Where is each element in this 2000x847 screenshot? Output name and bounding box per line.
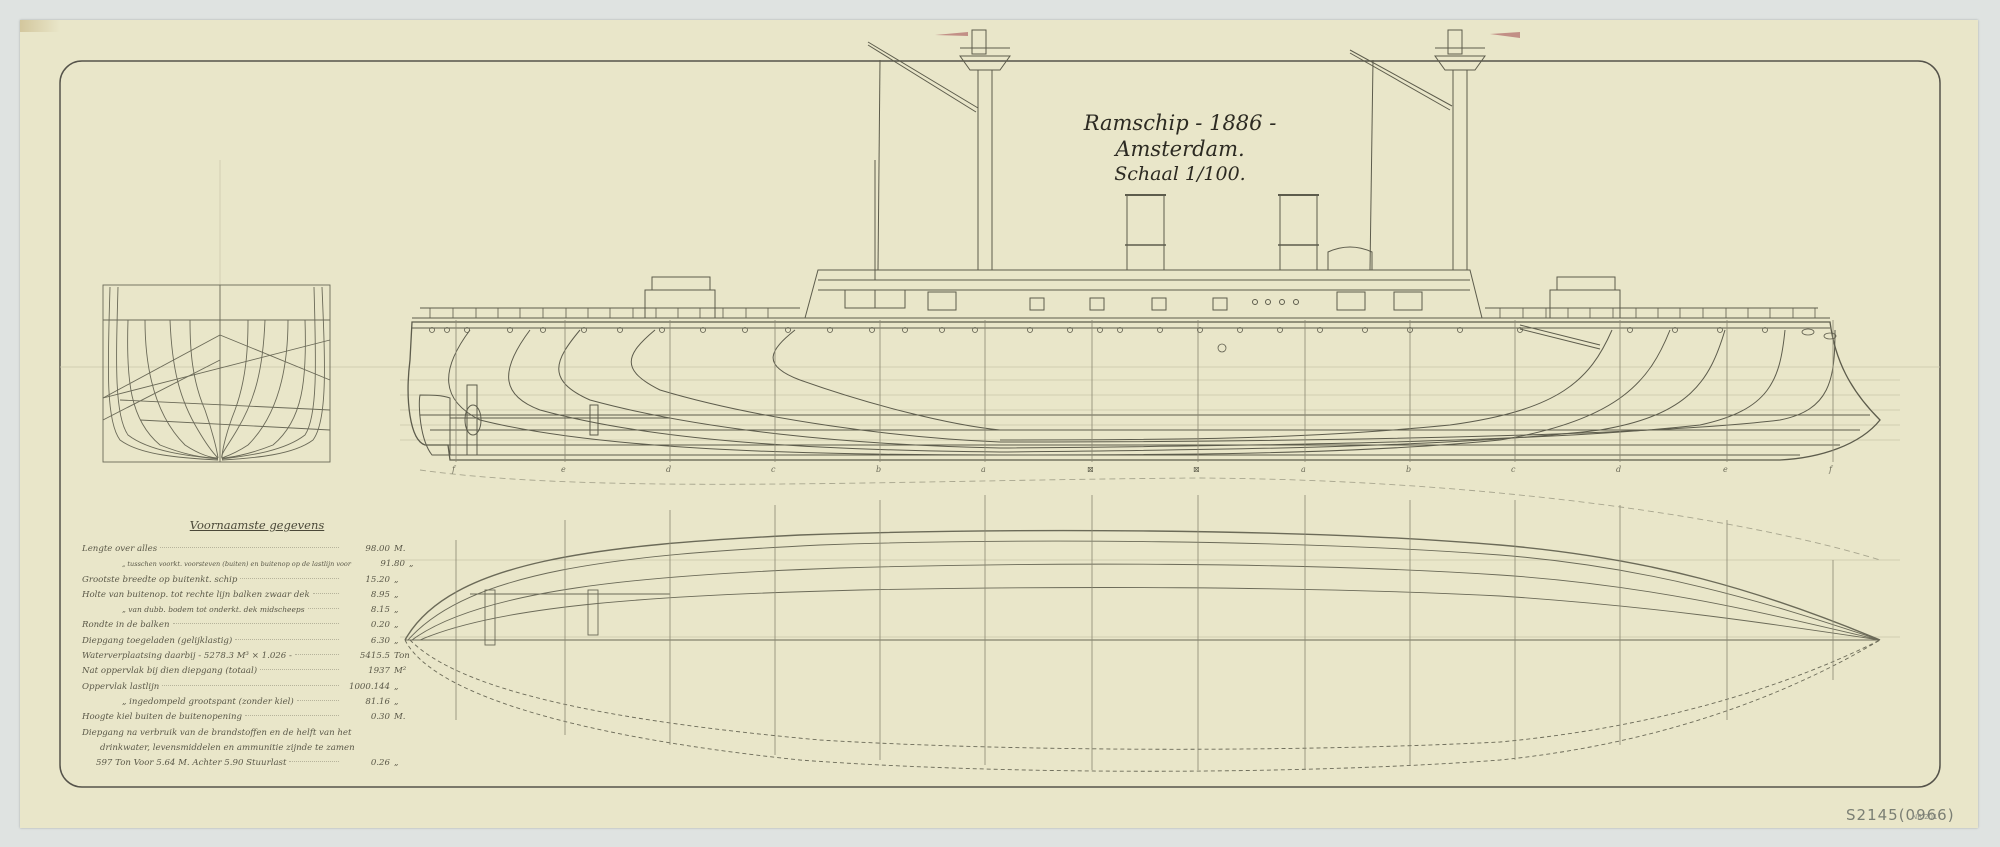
- body-plan: [103, 285, 330, 462]
- table-row: „ ingedompeld grootspant (zonder kiel)81…: [82, 697, 412, 712]
- table-row: „ van dubb. bodem tot onderkt. dek midsc…: [82, 605, 412, 620]
- svg-text:b: b: [876, 465, 881, 474]
- table-row: Lengte over alles98.00M.: [82, 544, 412, 559]
- table-row: Diepgang toegeladen (gelijklastig)6.30„: [82, 636, 412, 651]
- catalog-number: S2145(0966): [1846, 806, 1955, 824]
- svg-text:e: e: [561, 465, 566, 474]
- svg-text:c: c: [771, 465, 776, 474]
- svg-text:a: a: [1301, 465, 1306, 474]
- table-row: Diepgang na verbruik van de brandstoffen…: [82, 728, 412, 743]
- svg-text:a: a: [981, 465, 986, 474]
- svg-text:⊠: ⊠: [1087, 465, 1094, 474]
- svg-text:e: e: [1723, 465, 1728, 474]
- svg-text:⊠: ⊠: [1193, 465, 1200, 474]
- title-scale: Schaal 1/100.: [1040, 163, 1320, 187]
- table-row: Rondte in de balken0.20„: [82, 620, 412, 635]
- table-row: Oppervlak lastlijn1000.144„: [82, 682, 412, 697]
- catalog-small-label: NR.201: [1912, 813, 1937, 821]
- table-row: Holte van buitenop. tot rechte lijn balk…: [82, 590, 412, 605]
- table-row: Nat oppervlak bij dien diepgang (totaal)…: [82, 666, 412, 681]
- drawing-title: Ramschip - 1886 - Amsterdam. Schaal 1/10…: [1040, 110, 1320, 186]
- table-row: drinkwater, levensmiddelen en ammunitie …: [82, 743, 412, 758]
- title-line-1: Ramschip - 1886 - Amsterdam.: [1040, 110, 1320, 163]
- table-row: 597 Ton Voor 5.64 M. Achter 5.90 Stuurla…: [82, 758, 412, 773]
- svg-text:f: f: [1828, 465, 1834, 474]
- table-row: „ tusschen voorkt. voorsteven (buiten) e…: [82, 559, 412, 574]
- mast-light-red-accent: [935, 32, 1520, 38]
- svg-text:c: c: [1511, 465, 1516, 474]
- table-header: Voornaamste gegevens: [82, 518, 412, 532]
- svg-text:f: f: [451, 465, 457, 474]
- svg-text:d: d: [666, 465, 671, 474]
- table-row: Grootste breedte op buitenkt. schip15.20…: [82, 575, 412, 590]
- half-breadth-plan: [405, 470, 1880, 771]
- svg-text:d: d: [1616, 465, 1621, 474]
- table-row: Hoogte kiel buiten de buitenopening0.30M…: [82, 712, 412, 727]
- table-row: Waterverplaatsing daarbij - 5278.3 M³ × …: [82, 651, 412, 666]
- specifications-table: Voornaamste gegevens Lengte over alles98…: [82, 518, 412, 773]
- sheer-plan: [408, 30, 1880, 462]
- station-labels: fed cba ⊠⊠a bcd ef: [451, 465, 1834, 474]
- svg-text:b: b: [1406, 465, 1411, 474]
